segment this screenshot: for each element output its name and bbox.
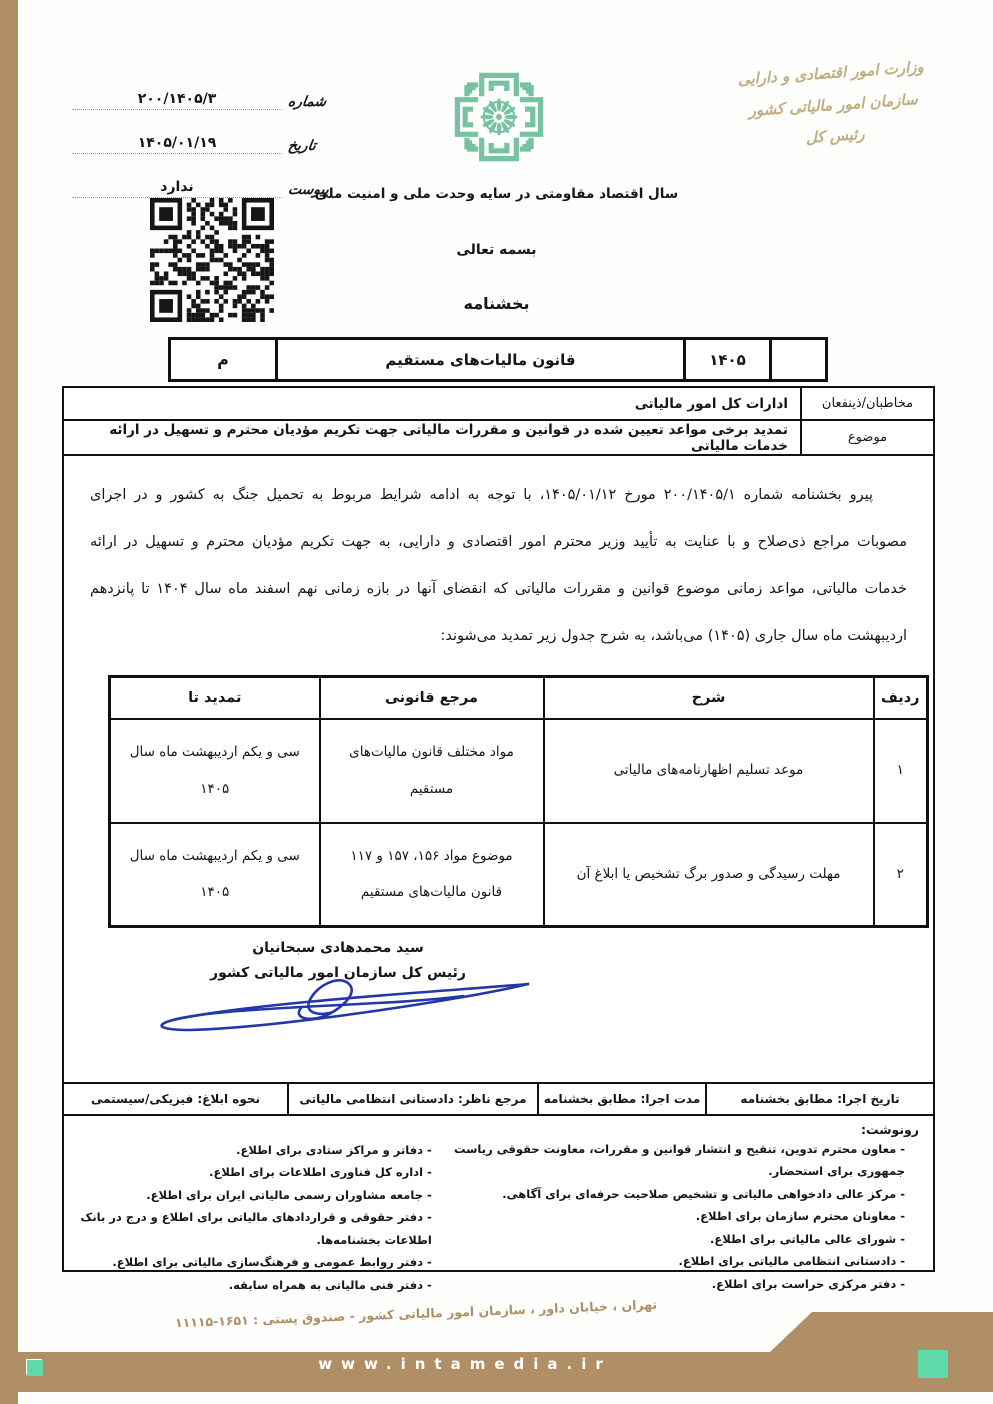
recipients-value: ادارات کل امور مالیاتی	[64, 388, 800, 419]
body-line-3: خدمات مالیاتی، مواعد زمانی موضوع قوانین …	[90, 566, 907, 613]
header-legal-ref: مرجع قانونی	[320, 677, 544, 719]
cc-item: دفتر مرکزی حراست برای اطلاع.	[446, 1273, 919, 1295]
mint-square-right	[918, 1350, 948, 1378]
subject-row: موضوع تمدید برخی مواعد تعیین شده در قوان…	[64, 421, 933, 456]
body-line-2: مصوبات مراجع ذی‌صلاح و با عنایت به تأیید…	[90, 519, 907, 566]
recipients-label: مخاطبان/ذینفعان	[800, 388, 933, 419]
classification-empty-cell	[769, 340, 825, 379]
header-row-number: ردیف	[874, 677, 928, 719]
execution-date-cell: تاریخ اجرا: مطابق بخشنامه	[705, 1084, 933, 1114]
cc-item: دفتر فنی مالیاتی به همراه سابقه.	[74, 1274, 446, 1296]
cc-item: دفتر حقوقی و قراردادهای مالیاتی برای اطل…	[74, 1206, 446, 1251]
cc-item: شورای عالی مالیاتی برای اطلاع.	[446, 1228, 919, 1250]
classification-letter-cell: م	[171, 340, 275, 379]
table-row: ۲ مهلت رسیدگی و صدور برگ تشخیص یا ابلاغ …	[110, 823, 928, 927]
cc-item: اداره کل فناوری اطلاعات برای اطلاع.	[74, 1161, 446, 1183]
row2-description: مهلت رسیدگی و صدور برگ تشخیص یا ابلاغ آن	[544, 823, 874, 927]
footer-address: تهران ، خیابان داور ، سازمان امور مالیات…	[96, 1294, 736, 1334]
row1-number: ۱	[874, 719, 928, 823]
cc-item: معاونان محترم سازمان برای اطلاع.	[446, 1205, 919, 1227]
row1-description: موعد تسلیم اظهارنامه‌های مالیاتی	[544, 719, 874, 823]
classification-law-cell: قانون مالیات‌های مستقیم	[275, 340, 683, 379]
extension-schedule-table: ردیف شرح مرجع قانونی تمدید تا ۱ موعد تسل…	[108, 675, 929, 928]
cc-item: دادستانی انتظامی مالیاتی برای اطلاع.	[446, 1250, 919, 1272]
letter-date-label: تاریخ	[281, 138, 341, 154]
cc-column-right: معاون محترم تدوین، تنقیح و انتشار قوانین…	[446, 1138, 919, 1296]
left-edge-band	[0, 0, 18, 1404]
signature-block: سید محمدهادی سبحانیان رئیس کل سازمان امو…	[173, 936, 503, 986]
classification-year-cell: ۱۴۰۵	[683, 340, 769, 379]
letter-date-value: ۱۴۰۵/۰۱/۱۹	[72, 135, 282, 154]
cc-section: رونوشت: معاون محترم تدوین، تنقیح و انتشا…	[64, 1120, 933, 1296]
letter-date-row: تاریخ ۱۴۰۵/۰۱/۱۹	[72, 110, 340, 154]
execution-info-strip: تاریخ اجرا: مطابق بخشنامه مدت اجرا: مطاب…	[64, 1082, 933, 1116]
subject-value: تمدید برخی مواعد تعیین شده در قوانین و م…	[64, 421, 800, 454]
letter-number-value: ۲۰۰/۱۴۰۵/۳	[72, 91, 282, 110]
letter-main-box: مخاطبان/ذینفعان ادارات کل امور مالیاتی م…	[62, 386, 935, 1272]
signatory-name: سید محمدهادی سبحانیان	[173, 936, 503, 961]
document-type-title: بخشنامه	[0, 294, 993, 313]
signatory-title: رئیس کل سازمان امور مالیاتی کشور	[173, 961, 503, 986]
footer-website-url: www.intamedia.ir	[0, 1355, 930, 1373]
notification-method-cell: نحوه ابلاغ: فیزیکی/سیستمی	[64, 1084, 287, 1114]
cc-item: دفتر روابط عمومی و فرهنگ‌سازی مالیاتی بر…	[74, 1251, 446, 1273]
subject-label: موضوع	[800, 421, 933, 454]
row2-extended-to: سی و یکم اردیبهشت ماه سال ۱۴۰۵	[110, 823, 320, 927]
year-slogan: سال اقتصاد مقاومتی در سایه وحدت ملی و ام…	[0, 186, 993, 202]
cc-column-left: دفاتر و مراکز ستادی برای اطلاع. اداره کل…	[74, 1138, 446, 1296]
header-extended-to: تمدید تا	[110, 677, 320, 719]
circular-document-page: شماره ۲۰۰/۱۴۰۵/۳ تاریخ ۱۴۰۵/۰۱/۱۹ پیوست …	[0, 0, 993, 1404]
cc-heading: رونوشت:	[74, 1122, 919, 1137]
row2-number: ۲	[874, 823, 928, 927]
row2-legal-ref: موضوع مواد ۱۵۶، ۱۵۷ و ۱۱۷ قانون مالیات‌ه…	[320, 823, 544, 927]
classification-strip: ۱۴۰۵ قانون مالیات‌های مستقیم م	[168, 337, 828, 382]
row1-extended-to: سی و یکم اردیبهشت ماه سال ۱۴۰۵	[110, 719, 320, 823]
execution-duration-cell: مدت اجرا: مطابق بخشنامه	[537, 1084, 705, 1114]
table-row: ۱ موعد تسلیم اظهارنامه‌های مالیاتی مواد …	[110, 719, 928, 823]
body-line-4: اردیبهشت ماه سال جاری (۱۴۰۵) می‌باشد، به…	[90, 613, 907, 660]
letter-meta-block: شماره ۲۰۰/۱۴۰۵/۳ تاریخ ۱۴۰۵/۰۱/۱۹ پیوست …	[72, 66, 340, 198]
row1-legal-ref: مواد مختلف قانون مالیات‌های مستقیم	[320, 719, 544, 823]
cc-item: دفاتر و مراکز ستادی برای اطلاع.	[74, 1139, 446, 1161]
supervising-authority-cell: مرجع ناظر: دادستانی انتظامی مالیاتی	[287, 1084, 537, 1114]
letter-number-label: شماره	[281, 94, 341, 110]
cc-item: مرکز عالی دادخواهی مالیاتی و تشخیص صلاحی…	[446, 1183, 919, 1205]
header-description: شرح	[544, 677, 874, 719]
tax-organization-logo-icon	[447, 60, 551, 174]
letterhead-calligraphy: وزارت امور اقتصادی و دارایی سازمان امور …	[687, 48, 979, 162]
mint-square-left	[27, 1360, 43, 1376]
basmala-text: بسمه تعالی	[0, 242, 993, 258]
recipients-row: مخاطبان/ذینفعان ادارات کل امور مالیاتی	[64, 388, 933, 421]
cc-item: معاون محترم تدوین، تنقیح و انتشار قوانین…	[446, 1138, 919, 1183]
schedule-header-row: ردیف شرح مرجع قانونی تمدید تا	[110, 677, 928, 719]
letter-body: پیرو بخشنامه شماره ۲۰۰/۱۴۰۵/۱ مورخ ۱۴۰۵/…	[64, 456, 933, 660]
body-line-1: پیرو بخشنامه شماره ۲۰۰/۱۴۰۵/۱ مورخ ۱۴۰۵/…	[90, 472, 907, 519]
cc-item: جامعه مشاوران رسمی مالیاتی ایران برای اط…	[74, 1184, 446, 1206]
letter-number-row: شماره ۲۰۰/۱۴۰۵/۳	[72, 66, 340, 110]
